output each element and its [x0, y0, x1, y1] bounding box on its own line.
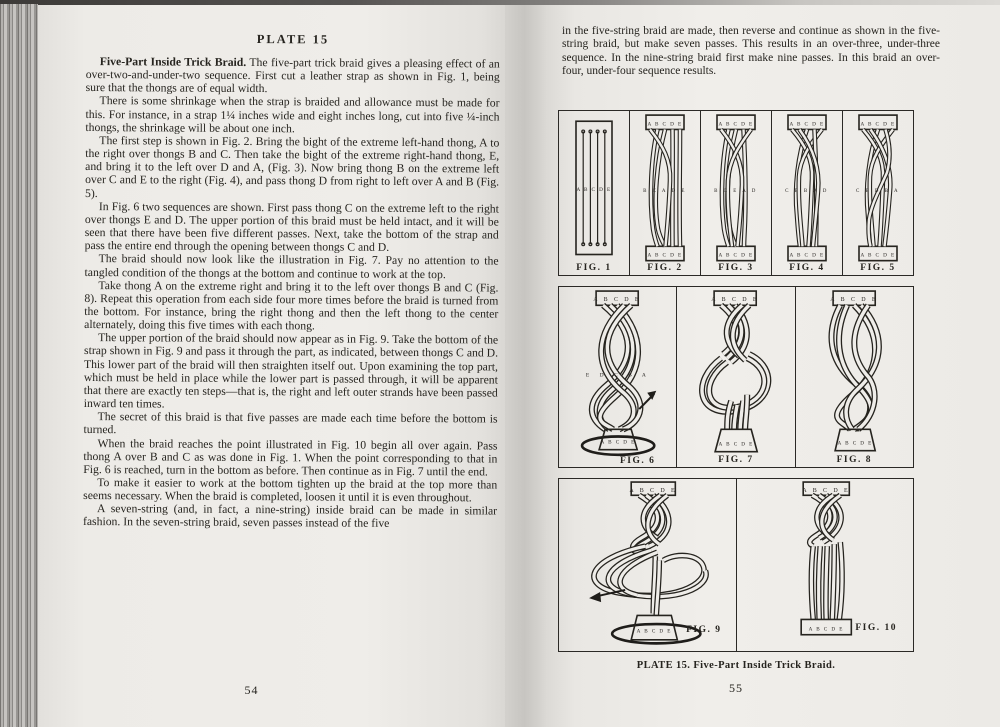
- figure-grid: A B C D E FIG. 1 A B C D E B C A D: [558, 110, 914, 652]
- figure-panel-8: A B C D E A B C D E FIG. 8: [795, 287, 913, 467]
- figure-panel-3: A B C D E B C E A D A B C D E FIG. 3: [700, 111, 771, 275]
- paragraph: To make it easier to work at the bottom …: [83, 476, 497, 505]
- fig2-top-letters: A B C D E: [647, 121, 682, 127]
- plate-title: PLATE 15: [86, 31, 500, 49]
- continuation-paragraph: in the five-string braid are made, then …: [562, 25, 940, 78]
- paragraph: A seven-string (and, in fact, a nine-str…: [83, 502, 497, 531]
- figure-row-1: A B C D E FIG. 1 A B C D E B C A D: [558, 110, 914, 276]
- paragraph-text: There is some shrinkage when the strap i…: [85, 95, 499, 136]
- fig6-braid-drawing: A B C D E E D C B A A B C D E: [559, 287, 676, 467]
- paragraph: The first step is shown in Fig. 2. Bring…: [85, 134, 499, 202]
- right-page: in the five-string braid are made, then …: [548, 5, 1000, 727]
- figure-panel-1: A B C D E FIG. 1: [559, 111, 629, 275]
- figure-row-3: A B C D E A B C D E FIG. 9: [558, 478, 914, 652]
- fig7-braid-drawing: A B C D E A B C D E: [677, 287, 794, 467]
- paragraph-text: The secret of this braid is that five pa…: [84, 410, 498, 436]
- figure-panel-7: A B C D E A B C D E FIG. 7: [676, 287, 794, 467]
- fig1-strap-drawing: A B C D E: [559, 111, 629, 275]
- fig5-bottom-letters: A B C D E: [860, 253, 895, 259]
- left-page: PLATE 15 Five-Part Inside Trick Braid. T…: [38, 5, 505, 727]
- paragraph: The secret of this braid is that five pa…: [84, 410, 498, 439]
- figure-label: FIG. 6: [620, 456, 655, 466]
- book-gutter: [505, 5, 548, 727]
- figure-panel-4: A B C D E C E B A D A B C D E FIG. 4: [771, 111, 842, 275]
- paragraph-text: To make it easier to work at the bottom …: [83, 476, 497, 504]
- paragraph-text: A seven-string (and, in fact, a nine-str…: [83, 502, 497, 530]
- figure-panel-5: A B C D E C E D B A A B C D E FIG. 5: [842, 111, 913, 275]
- fig6-mid-letters: E D C B A: [586, 372, 650, 378]
- paragraph: Five-Part Inside Trick Braid. The five-p…: [86, 55, 500, 97]
- paragraph-lead: Five-Part Inside Trick Braid.: [100, 55, 247, 69]
- fig7-bottom-letters: A B C D E: [719, 442, 754, 448]
- figure-panel-6: A B C D E E D C B A A B C D E FIG. 6: [559, 287, 676, 467]
- fig4-top-letters: A B C D E: [789, 121, 824, 127]
- fig3-braid-drawing: A B C D E B C E A D A B C D E: [701, 111, 771, 275]
- paragraph-text: When the braid reaches the point illustr…: [83, 437, 497, 479]
- fig8-top-letters: A B C D E: [830, 297, 878, 303]
- figure-panel-10: A B C D E A B C D E FIG. 10: [736, 479, 914, 651]
- paragraph-text: In Fig. 6 two sequences are shown. First…: [85, 200, 499, 254]
- paragraph: In Fig. 6 two sequences are shown. First…: [85, 200, 499, 255]
- book-scan: PLATE 15 Five-Part Inside Trick Braid. T…: [0, 0, 1000, 727]
- fig7-top-letters: A B C D E: [712, 297, 760, 303]
- paragraph: The braid should now look like the illus…: [84, 252, 498, 281]
- paragraph-text: The upper portion of the braid should no…: [84, 331, 498, 410]
- fig5-mid-letters: C E D B A: [856, 188, 900, 194]
- fig10-top-letters: A B C D E: [802, 488, 850, 494]
- fig9-top-letters: A B C D E: [629, 488, 677, 494]
- fig8-bottom-letters: A B C D E: [837, 441, 872, 447]
- figure-label: FIG. 10: [855, 623, 897, 633]
- figure-panel-2: A B C D E B C A D E A B C D E FIG. 2: [629, 111, 700, 275]
- figure-label: FIG. 5: [843, 263, 913, 273]
- fig6-bottom-letters: A B C D E: [601, 440, 636, 446]
- fig3-bottom-letters: A B C D E: [718, 253, 753, 259]
- figure-label: FIG. 1: [559, 263, 629, 273]
- fig3-top-letters: A B C D E: [718, 121, 753, 127]
- fig9-bottom-letters: A B C D E: [637, 629, 672, 635]
- fig10-bottom-letters: A B C D E: [808, 627, 843, 633]
- figure-label: FIG. 9: [686, 625, 721, 635]
- fig8-braid-drawing: A B C D E A B C D E: [796, 287, 913, 467]
- figure-label: FIG. 4: [772, 263, 842, 273]
- paragraph: Take thong A on the extreme right and br…: [84, 279, 498, 334]
- fig3-mid-letters: B C E A D: [714, 188, 758, 194]
- fig4-bottom-letters: A B C D E: [789, 253, 824, 259]
- figure-panel-9: A B C D E A B C D E FIG. 9: [559, 479, 736, 651]
- figure-label: FIG. 7: [677, 455, 794, 465]
- left-page-number: 54: [38, 683, 465, 698]
- plate-caption: PLATE 15. Five-Part Inside Trick Braid.: [558, 660, 914, 671]
- figure-label: FIG. 3: [701, 263, 771, 273]
- left-page-text: PLATE 15 Five-Part Inside Trick Braid. T…: [83, 31, 500, 531]
- paragraph: The upper portion of the braid should no…: [84, 331, 498, 412]
- paragraph-text: The first step is shown in Fig. 2. Bring…: [85, 134, 499, 200]
- paragraph: When the braid reaches the point illustr…: [83, 437, 497, 479]
- fig5-braid-drawing: A B C D E C E D B A A B C D E: [843, 111, 913, 275]
- fig4-mid-letters: C E B A D: [785, 188, 829, 194]
- fig1-thong-letters: A B C D E: [576, 187, 611, 193]
- fig2-bottom-letters: A B C D E: [647, 253, 682, 259]
- fig4-braid-drawing: A B C D E C E B A D A B C D E: [772, 111, 842, 275]
- right-page-number: 55: [558, 681, 914, 696]
- paragraph: There is some shrinkage when the strap i…: [85, 94, 499, 136]
- page-edges-texture: [0, 4, 38, 727]
- paragraph-text: The braid should now look like the illus…: [84, 252, 498, 280]
- fig5-top-letters: A B C D E: [860, 121, 895, 127]
- fig6-top-letters: A B C D E: [593, 297, 641, 303]
- fig2-mid-letters: B C A D E: [643, 188, 687, 194]
- fig2-braid-drawing: A B C D E B C A D E A B C D E: [630, 111, 700, 275]
- figure-label: FIG. 2: [630, 263, 700, 273]
- figure-row-2: A B C D E E D C B A A B C D E FIG. 6: [558, 286, 914, 468]
- paragraph-text: Take thong A on the extreme right and br…: [84, 279, 498, 333]
- figure-label: FIG. 8: [796, 455, 913, 465]
